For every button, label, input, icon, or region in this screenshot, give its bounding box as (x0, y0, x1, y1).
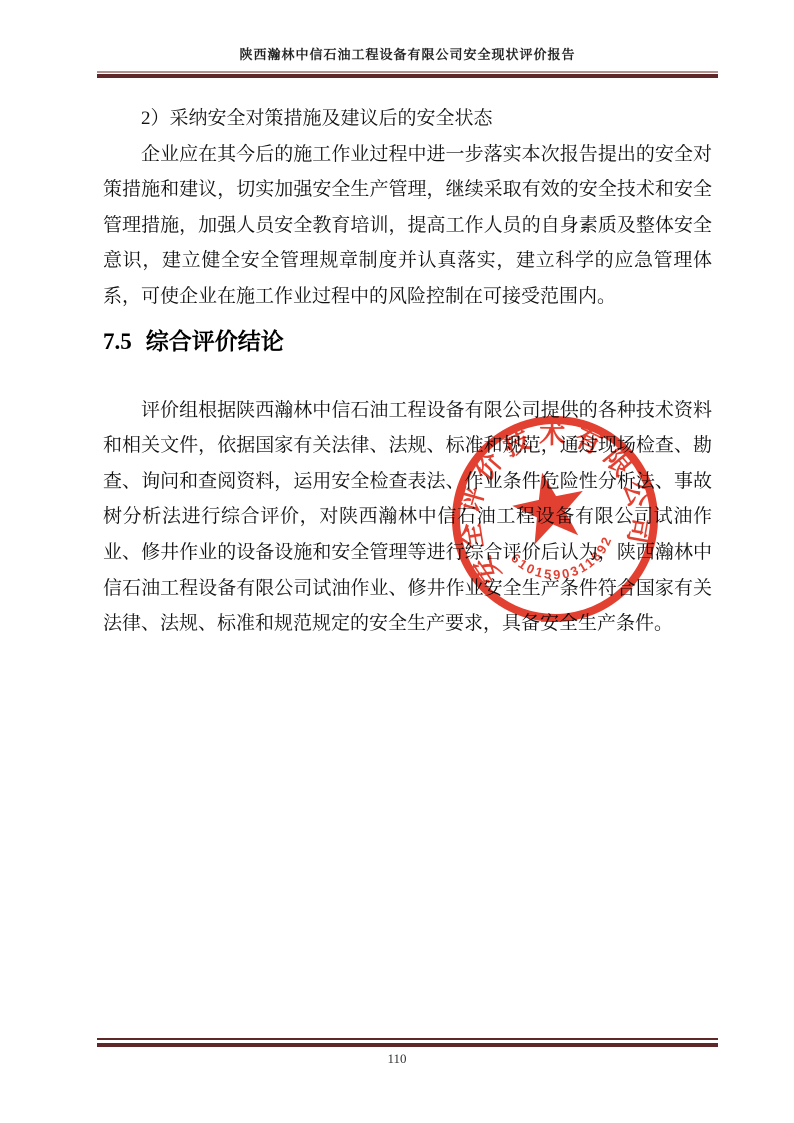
header-rule-light-line (97, 71, 718, 73)
document-page: 陕西瀚林中信石油工程设备有限公司安全现状评价报告 2）采纳安全对策措施及建议后的… (0, 0, 794, 1123)
paragraph-conclusion: 评价组根据陕西瀚林中信石油工程设备有限公司提供的各种技术资料和相关文件，依据国家… (103, 393, 712, 642)
page-number: 110 (0, 1051, 794, 1067)
page-body: 2）采纳安全对策措施及建议后的安全状态 企业应在其今后的施工作业过程中进一步落实… (103, 101, 712, 642)
section-heading-7-5: 7.5综合评价结论 (103, 327, 712, 357)
header-rule (97, 71, 718, 78)
footer-rule (97, 1038, 718, 1047)
header-title: 陕西瀚林中信石油工程设备有限公司安全现状评价报告 (97, 44, 718, 63)
header-rule-dark-line (97, 74, 718, 78)
list-item-2-subheading: 2）采纳安全对策措施及建议后的安全状态 (103, 101, 712, 137)
footer-rule-thick-line (97, 1043, 718, 1047)
footer-rule-thin-line (97, 1038, 718, 1040)
section-number: 7.5 (103, 329, 132, 354)
paragraph-safety-measures: 企业应在其今后的施工作业过程中进一步落实本次报告提出的安全对策措施和建议，切实加… (103, 137, 712, 315)
section-title: 综合评价结论 (146, 329, 284, 354)
